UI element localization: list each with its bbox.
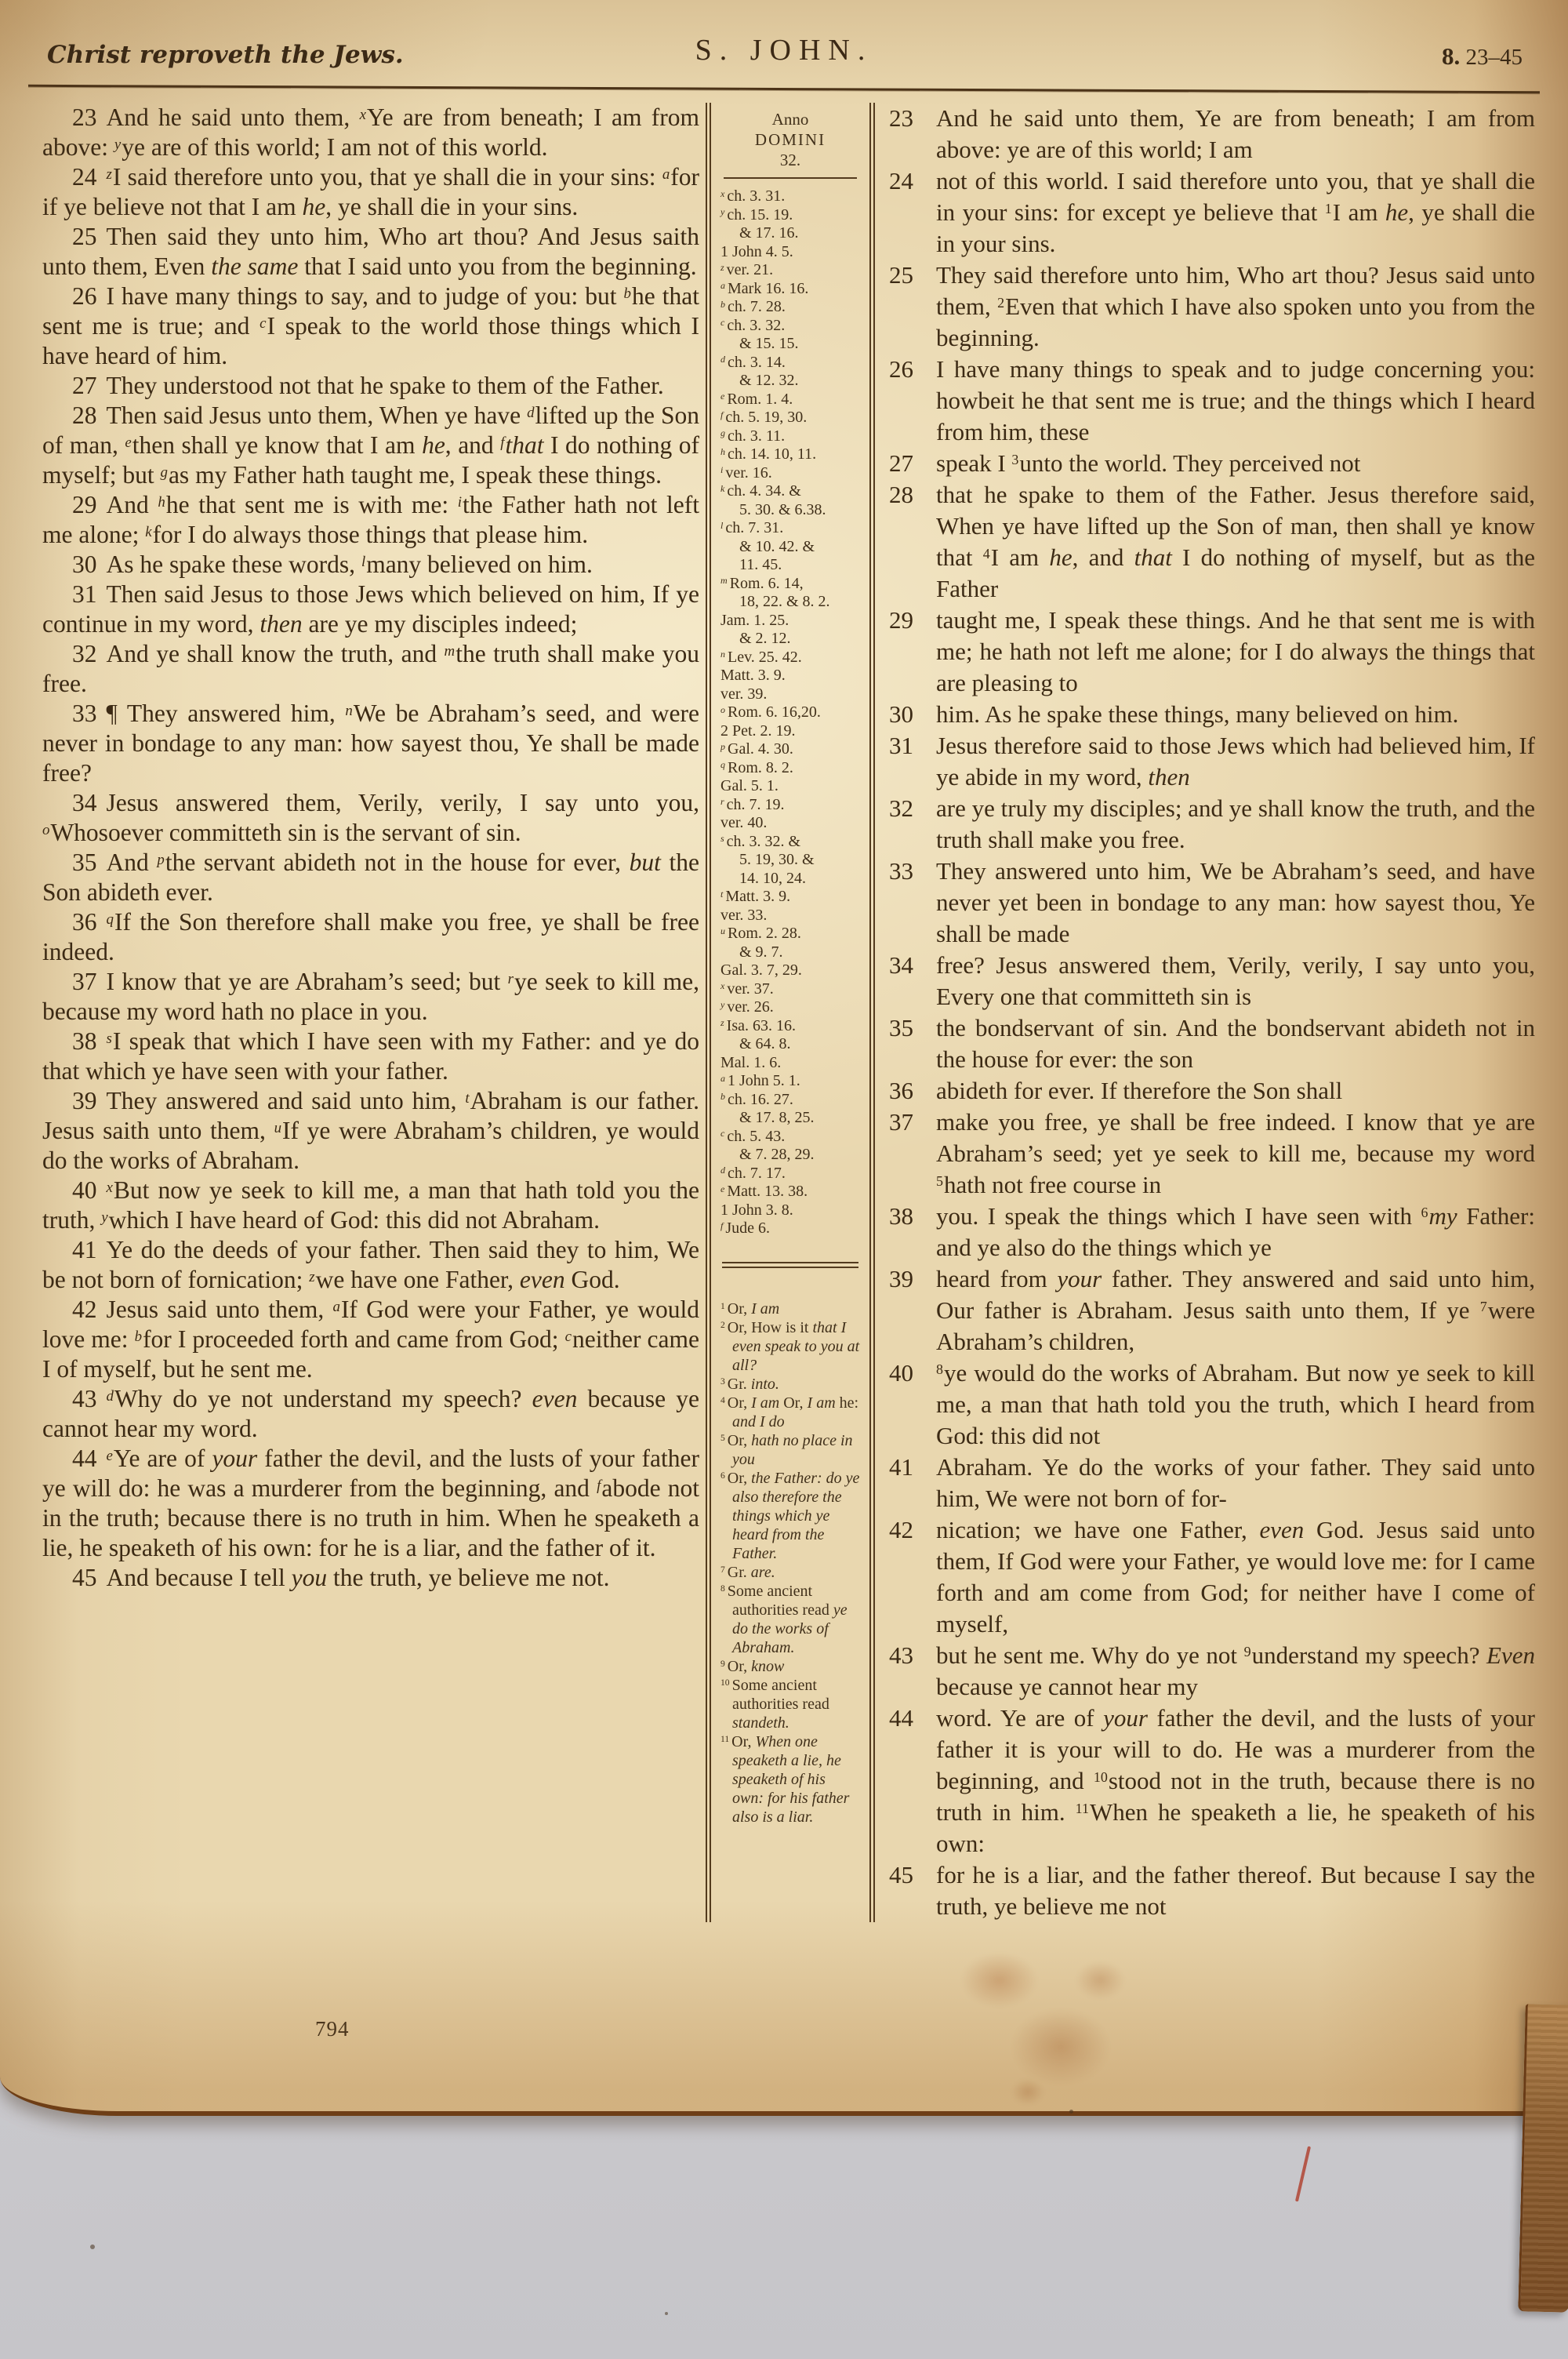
cross-reference: tMatt. 3. 9. [720, 888, 860, 907]
center-reference-column: Anno DOMINI 32. xch. 3. 31.ych. 15. 19.&… [706, 103, 875, 1922]
verse-number: 44 [72, 1445, 97, 1472]
reference-text: ch. 7. 19. [727, 796, 785, 813]
kjv-verse: 45And because I tell you the truth, ye b… [42, 1563, 699, 1593]
reference-marker: c [720, 317, 724, 328]
note-number: 3 [720, 1376, 725, 1387]
text-segment: the servant abideth not in the house for… [165, 849, 630, 876]
reference-text: Rom. 8. 2. [728, 759, 793, 776]
text-segment: , and [445, 431, 500, 459]
text-segment: Even that which I have also spoken unto … [936, 293, 1535, 351]
note-number-marker: 3 [1011, 452, 1018, 467]
marginal-note: 5Or, hath no place in you [720, 1431, 860, 1469]
rv-verse: 23And he said unto them, Ye are from ben… [886, 103, 1535, 165]
reference-marker: b [720, 299, 725, 310]
kjv-verse: 33¶ They answered him, nWe be Abraham’s … [42, 699, 699, 788]
verse-number: 36 [889, 1075, 913, 1107]
reference-text: ver. 33. [720, 907, 767, 924]
reference-text: ch. 7. 17. [728, 1165, 786, 1182]
reference-text: & 10. 42. & [739, 538, 815, 555]
page-number: 794 [315, 2017, 350, 2041]
reference-marker: a [332, 1299, 339, 1315]
kjv-verse: 36qIf the Son therefore shall make you f… [42, 907, 699, 967]
desk-background: Christ reproveth the Jews. S. JOHN. 8. 2… [0, 0, 1568, 2359]
reference-marker: d [107, 1388, 114, 1405]
verse-number: 35 [72, 849, 97, 876]
reference-marker: a [720, 1073, 725, 1084]
text-segment: your [1057, 1265, 1102, 1292]
verse-number: 38 [72, 1027, 97, 1055]
rv-verse: 24not of this world. I said therefore un… [886, 165, 1535, 260]
text-segment: but he sent me. Why do ye not [936, 1641, 1244, 1669]
text-segment: abideth for ever. If therefore the Son s… [936, 1077, 1342, 1104]
reference-marker: y [114, 136, 121, 153]
text-segment: And [107, 849, 158, 876]
text-segment: and I do [732, 1413, 785, 1430]
text-segment: I am [1333, 198, 1385, 226]
reference-text: 5. 30. & 6.38. [739, 501, 826, 518]
cross-references-list: xch. 3. 31.ych. 15. 19.& 17. 16.1 John 4… [720, 187, 860, 1238]
reference-text: ver. 39. [720, 685, 767, 703]
text-segment: I know that ye are Abraham’s seed; but [107, 968, 508, 995]
anno-line: DOMINI [720, 129, 860, 150]
cross-reference: a1 John 5. 1. [720, 1072, 860, 1091]
cross-reference: hch. 14. 10, 11. [720, 445, 860, 464]
rv-verse: 27speak I 3unto the world. They perceive… [886, 448, 1535, 479]
reference-marker: s [107, 1030, 112, 1047]
cross-reference: Matt. 3. 9. [720, 667, 860, 685]
text-segment: the same [211, 253, 298, 280]
verse-number: 34 [889, 950, 913, 981]
cross-reference: rch. 7. 19. [720, 796, 860, 815]
note-number-marker: 4 [983, 546, 990, 562]
verse-number: 28 [889, 479, 913, 511]
kjv-verse: 24zI said therefore unto you, that ye sh… [42, 162, 699, 222]
verse-number: 45 [889, 1859, 913, 1891]
marginal-note: 10Some ancient authorities read standeth… [720, 1676, 860, 1732]
text-segment: even [532, 1385, 578, 1412]
text-segment: many believed on him. [366, 551, 593, 578]
reference-marker: l [361, 554, 365, 570]
reference-text: 1 John 5. 1. [728, 1072, 800, 1089]
cross-reference: ver. 40. [720, 814, 860, 833]
section-divider-rule [722, 1262, 858, 1268]
text-segment: for I do always those things that please… [153, 521, 589, 548]
verse-number: 33 [72, 700, 97, 727]
reference-marker: f [500, 434, 504, 451]
reference-text: 5. 19, 30. & [739, 851, 815, 868]
rv-verse: 32are ye truly my disciples; and ye shal… [886, 793, 1535, 856]
cross-reference: aMark 16. 16. [720, 280, 860, 299]
chapter-number: 8. [1442, 42, 1460, 70]
note-number-marker: 5 [936, 1173, 943, 1189]
verse-number: 41 [889, 1452, 913, 1483]
text-segment: They answered unto him, We be Abraham’s … [936, 857, 1535, 947]
text-segment: I have many things to say, and to judge … [107, 282, 624, 310]
note-number: 1 [720, 1301, 725, 1311]
text-segment: I am [751, 1300, 779, 1318]
marginal-note: 9Or, know [720, 1657, 860, 1676]
reference-text: ch. 15. 19. [727, 206, 793, 224]
anno-domini-heading: Anno DOMINI 32. [720, 106, 860, 170]
reference-marker: q [720, 759, 725, 770]
verse-number: 35 [889, 1012, 913, 1044]
verse-number: 32 [72, 640, 97, 667]
kjv-verse: 29And hhe that sent me is with me: ithe … [42, 490, 699, 550]
reference-text: & 17. 8, 25. [739, 1109, 815, 1126]
kjv-verse: 41Ye do the deeds of your father. Then s… [42, 1235, 699, 1295]
reference-text: 11. 45. [739, 556, 782, 573]
text-segment: heard from [936, 1265, 1057, 1292]
reference-marker: n [720, 649, 725, 660]
verse-number: 39 [889, 1263, 913, 1295]
reference-text: Mal. 1. 6. [720, 1054, 781, 1071]
text-segment: Some ancient authorities read [728, 1583, 833, 1619]
reference-marker: a [662, 166, 670, 183]
verse-number: 27 [889, 448, 913, 479]
reference-text: Gal. 3. 7, 29. [720, 961, 802, 979]
dust-speck [665, 2312, 668, 2315]
rv-text-column: 23And he said unto them, Ye are from ben… [875, 103, 1535, 1922]
reference-text: ch. 5. 43. [727, 1128, 785, 1145]
text-segment: Or, [728, 1394, 751, 1412]
reference-marker: y [720, 206, 724, 217]
verse-number: 31 [72, 580, 97, 608]
note-number-marker: 11 [1076, 1801, 1089, 1816]
text-segment: Gr. [728, 1564, 751, 1581]
verse-number: 38 [889, 1201, 913, 1232]
dust-speck [1069, 2110, 1073, 2114]
reference-text: Matt. 3. 9. [725, 888, 790, 905]
text-segment: into. [751, 1376, 779, 1393]
reference-marker: x [360, 107, 366, 123]
reference-marker: o [42, 822, 49, 838]
text-segment: your [1103, 1704, 1148, 1732]
kjv-verse: 44eYe are of your father the devil, and … [42, 1444, 699, 1563]
text-segment: the truth, ye believe me not. [327, 1564, 609, 1591]
cross-reference: xver. 37. [720, 980, 860, 999]
note-number: 5 [720, 1433, 725, 1443]
reference-marker: b [135, 1329, 142, 1345]
text-segment: Or, [728, 1300, 751, 1318]
verse-number: 37 [72, 968, 97, 995]
text-segment: I said therefore unto you, that ye shall… [113, 163, 662, 191]
kjv-verse: 26I have many things to say, and to judg… [42, 282, 699, 371]
note-number-marker: 10 [1094, 1769, 1108, 1785]
reference-marker: k [145, 524, 151, 540]
cross-reference: & 10. 42. & [720, 538, 860, 557]
text-segment: Jesus answered them, Verily, verily, I s… [107, 789, 700, 816]
text-segment: ¶ They answered him, [107, 700, 346, 727]
reference-text: ch. 7. 31. [725, 519, 783, 536]
reference-text: Matt. 13. 38. [727, 1183, 808, 1200]
reference-marker: p [720, 741, 725, 752]
text-segment: my [1429, 1202, 1457, 1230]
note-number: 2 [720, 1320, 725, 1330]
marginal-note: 8Some ancient authorities read ye do the… [720, 1582, 860, 1657]
text-segment: Or, [728, 1658, 751, 1675]
text-segment: If the Son therefore shall make you free… [42, 908, 699, 965]
reference-marker: m [445, 643, 456, 660]
kjv-verse: 34Jesus answered them, Verily, verily, I… [42, 788, 699, 848]
cross-reference: sch. 3. 32. & [720, 833, 860, 852]
text-segment: Or, How is it [728, 1319, 813, 1336]
note-number-marker: 9 [1244, 1644, 1251, 1659]
text-segment: him. As he spake these things, many beli… [936, 700, 1458, 728]
verse-number: 40 [889, 1358, 913, 1389]
reference-marker: g [720, 427, 725, 438]
cross-reference: fch. 5. 19, 30. [720, 409, 860, 427]
marginal-note: 6Or, the Father: do ye also therefore th… [720, 1469, 860, 1563]
cross-reference: & 9. 7. [720, 943, 860, 962]
reference-marker: z [107, 166, 112, 183]
running-head-book-title: S. JOHN. [695, 33, 873, 67]
marginal-notes-list: 1Or, I am2Or, How is it that I even spea… [720, 1299, 860, 1826]
verse-number: 26 [72, 282, 97, 310]
cross-reference: Gal. 5. 1. [720, 777, 860, 796]
text-segment: Some ancient authorities read [732, 1677, 829, 1713]
marginal-note: 4Or, I am Or, I am he: and I do [720, 1394, 860, 1431]
verse-number: 39 [72, 1087, 97, 1114]
text-segment: As he spake these words, [107, 551, 361, 578]
text-segment: understand my speech? [1252, 1641, 1486, 1669]
text-segment: Or, [731, 1733, 755, 1750]
text-segment: Ye are of [114, 1445, 212, 1472]
text-segment: And [107, 491, 158, 518]
text-segment: then [1148, 763, 1189, 791]
text-segment: that [505, 431, 543, 459]
verse-number: 28 [72, 402, 97, 429]
note-number: 8 [720, 1583, 725, 1594]
text-segment: the bondservant of sin. And the bondserv… [936, 1014, 1535, 1073]
rv-verse: 33They answered unto him, We be Abraham’… [886, 856, 1535, 950]
verse-number: 27 [72, 372, 97, 399]
rv-verse: 39heard from your father. They answered … [886, 1263, 1535, 1358]
verse-number: 45 [72, 1564, 97, 1591]
text-segment: Even [1486, 1641, 1535, 1669]
rv-verse: 28that he spake to them of the Father. J… [886, 479, 1535, 605]
rv-verse: 44word. Ye are of your father the devil,… [886, 1703, 1535, 1859]
text-segment: which I have heard of God: this did not … [109, 1206, 600, 1234]
text-segment: he [1049, 543, 1072, 571]
text-segment: for he is a liar, and the father thereof… [936, 1861, 1535, 1920]
cross-reference: Mal. 1. 6. [720, 1054, 860, 1073]
cross-reference: & 17. 16. [720, 224, 860, 243]
cross-reference: lch. 7. 31. [720, 519, 860, 538]
rv-verse: 36abideth for ever. If therefore the Son… [886, 1075, 1535, 1107]
cross-reference: Jam. 1. 25. [720, 612, 860, 631]
text-segment: And he said unto them, Ye are from benea… [936, 104, 1535, 163]
text-segment: but [630, 849, 661, 876]
text-segment: Why do ye not understand my speech? [114, 1385, 532, 1412]
kjv-verse: 43dWhy do ye not understand my speech? e… [42, 1384, 699, 1444]
reference-marker: e [720, 1183, 724, 1194]
reference-marker: u [720, 925, 725, 936]
reference-marker: f [720, 409, 723, 420]
reference-text: ch. 4. 34. & [727, 482, 800, 500]
text-segment: you [292, 1564, 327, 1591]
reference-marker: y [101, 1209, 107, 1226]
verse-number: 29 [889, 605, 913, 636]
reference-text: Matt. 3. 9. [720, 667, 786, 684]
reference-marker: i [720, 464, 723, 475]
cross-reference: zIsa. 63. 16. [720, 1017, 860, 1036]
text-segment: They understood not that he spake to the… [107, 372, 664, 399]
reference-text: 14. 10, 24. [739, 870, 806, 887]
reference-text: & 7. 28, 29. [739, 1146, 815, 1163]
text-segment: Or, [728, 1432, 751, 1449]
text-segment: you. I speak the things which I have see… [936, 1202, 1421, 1230]
cross-reference: & 7. 28, 29. [720, 1146, 860, 1165]
verse-number: 43 [72, 1385, 97, 1412]
rv-verse: 37make you free, ye shall be free indeed… [886, 1107, 1535, 1201]
text-segment: ye are of this world; I am not of this w… [122, 133, 547, 161]
note-number-marker: 7 [1480, 1299, 1487, 1314]
text-segment: that [1134, 543, 1172, 571]
cross-reference: gch. 3. 11. [720, 427, 860, 446]
rv-verse: 26I have many things to speak and to jud… [886, 354, 1535, 448]
reference-text: & 17. 16. [739, 224, 799, 242]
cross-reference: 11. 45. [720, 556, 860, 575]
cross-reference: zver. 21. [720, 261, 860, 280]
verse-number: 41 [72, 1236, 97, 1263]
reference-text: ver. 26. [727, 998, 773, 1016]
cross-reference: & 2. 12. [720, 630, 860, 649]
verse-number: 42 [889, 1514, 913, 1546]
reference-marker: d [527, 405, 534, 421]
reference-text: ch. 3. 31. [727, 187, 785, 205]
kjv-verse: 30As he spake these words, lmany believe… [42, 550, 699, 580]
cross-reference: 5. 30. & 6.38. [720, 501, 860, 520]
reference-marker: t [465, 1090, 469, 1107]
reference-text: Gal. 5. 1. [720, 777, 779, 794]
verse-number: 32 [889, 793, 913, 824]
reference-marker: u [274, 1120, 281, 1136]
cross-reference: cch. 5. 43. [720, 1128, 860, 1147]
cross-reference: iver. 16. [720, 464, 860, 483]
cross-reference: & 12. 32. [720, 372, 860, 391]
text-segment: Then said Jesus unto them, When ye have [107, 402, 528, 429]
reference-marker: b [624, 285, 631, 302]
bible-page: Christ reproveth the Jews. S. JOHN. 8. 2… [0, 0, 1568, 2116]
reference-marker: z [720, 262, 724, 273]
cross-reference: dch. 7. 17. [720, 1165, 860, 1183]
verse-number: 29 [72, 491, 97, 518]
reference-marker: n [345, 703, 352, 719]
cross-reference: Gal. 3. 7, 29. [720, 961, 860, 980]
text-segment: Gr. [728, 1376, 751, 1393]
cross-reference: 5. 19, 30. & [720, 851, 860, 870]
text-segment: And ye shall know the truth, and [107, 640, 445, 667]
text-segment: , ye shall die in your sins. [325, 193, 578, 220]
rv-verse: 34free? Jesus answered them, Verily, ver… [886, 950, 1535, 1012]
text-segment: I have many things to speak and to judge… [936, 355, 1535, 445]
text-segment: hath not free course in [944, 1171, 1161, 1198]
note-number: 9 [720, 1659, 725, 1669]
verse-number: 33 [889, 856, 913, 887]
text-segment: taught me, I speak these things. And he … [936, 606, 1535, 696]
kjv-verse: 32And ye shall know the truth, and mthe … [42, 639, 699, 699]
text-segment: ye would do the works of Abraham. But no… [936, 1359, 1535, 1449]
rv-verse: 43but he sent me. Why do ye not 9underst… [886, 1640, 1535, 1703]
text-segment: know [751, 1658, 784, 1675]
verse-number: 30 [889, 699, 913, 730]
cross-reference: xch. 3. 31. [720, 187, 860, 206]
rv-verse: 35the bondservant of sin. And the bondse… [886, 1012, 1535, 1075]
cross-reference: eMatt. 13. 38. [720, 1183, 860, 1201]
cross-reference: cch. 3. 32. [720, 317, 860, 336]
reference-marker: k [720, 483, 724, 494]
cross-reference: yver. 26. [720, 998, 860, 1017]
reference-text: 18, 22. & 8. 2. [739, 593, 830, 610]
reference-text: 1 John 3. 8. [720, 1201, 793, 1219]
reference-text: ch. 3. 32. [727, 317, 785, 334]
reference-text: ch. 7. 28. [728, 298, 786, 315]
reference-text: Isa. 63. 16. [727, 1017, 796, 1034]
verse-number: 24 [889, 165, 913, 197]
reference-text: 1 John 4. 5. [720, 243, 793, 260]
reference-marker: q [107, 911, 114, 928]
text-segment: we have one Father, [316, 1266, 520, 1293]
cross-reference: 18, 22. & 8. 2. [720, 593, 860, 612]
kjv-verse: 23And he said unto them, xYe are from be… [42, 103, 699, 162]
text-segment: your [212, 1445, 257, 1472]
rv-verse: 29taught me, I speak these things. And h… [886, 605, 1535, 699]
kjv-verse: 39They answered and said unto him, tAbra… [42, 1086, 699, 1176]
dust-speck [90, 2245, 95, 2249]
cross-reference: & 17. 8, 25. [720, 1109, 860, 1128]
reference-marker: m [720, 575, 728, 586]
reference-text: & 2. 12. [739, 630, 791, 647]
running-head-verse-range: 8. 23–45 [1442, 42, 1523, 71]
reference-marker: x [720, 188, 724, 199]
cross-reference: 1 John 3. 8. [720, 1201, 860, 1220]
cross-reference: 2 Pet. 2. 19. [720, 722, 860, 741]
reference-marker: l [720, 520, 723, 531]
reference-marker: g [161, 464, 168, 481]
text-segment: he: [836, 1394, 858, 1412]
kjv-verse: 35And pthe servant abideth not in the ho… [42, 848, 699, 907]
marginal-note: 2Or, How is it that I even speak to you … [720, 1318, 860, 1375]
cross-reference: uRom. 2. 28. [720, 925, 860, 943]
reference-marker: y [720, 999, 724, 1010]
reference-marker: e [125, 434, 131, 451]
rv-verse: 42nication; we have one Father, even God… [886, 1514, 1535, 1640]
reference-text: ver. 37. [727, 980, 773, 998]
cross-reference: ych. 15. 19. [720, 206, 860, 225]
cross-reference: ver. 39. [720, 685, 860, 704]
reference-marker: r [508, 971, 514, 987]
text-segment: even [1259, 1516, 1304, 1543]
anno-line: 32. [720, 150, 860, 170]
reference-marker: r [720, 796, 724, 807]
verse-number: 36 [72, 908, 97, 936]
text-segment: he [422, 431, 445, 459]
reference-marker: f [720, 1220, 723, 1231]
reference-text: Gal. 4. 30. [728, 740, 793, 758]
reference-marker: h [720, 446, 725, 457]
reference-text: Rom. 1. 4. [727, 391, 793, 408]
reference-marker: h [158, 494, 165, 511]
verse-number: 23 [889, 103, 913, 134]
text-segment: Jesus said unto them, [107, 1296, 333, 1323]
reference-marker: s [720, 833, 724, 844]
reference-marker: d [720, 354, 725, 365]
verse-number: 43 [889, 1640, 913, 1671]
reference-text: ch. 5. 19, 30. [725, 409, 807, 426]
verse-number: 34 [72, 789, 97, 816]
note-number: 6 [720, 1470, 725, 1481]
text-segment: Or, [779, 1394, 807, 1412]
